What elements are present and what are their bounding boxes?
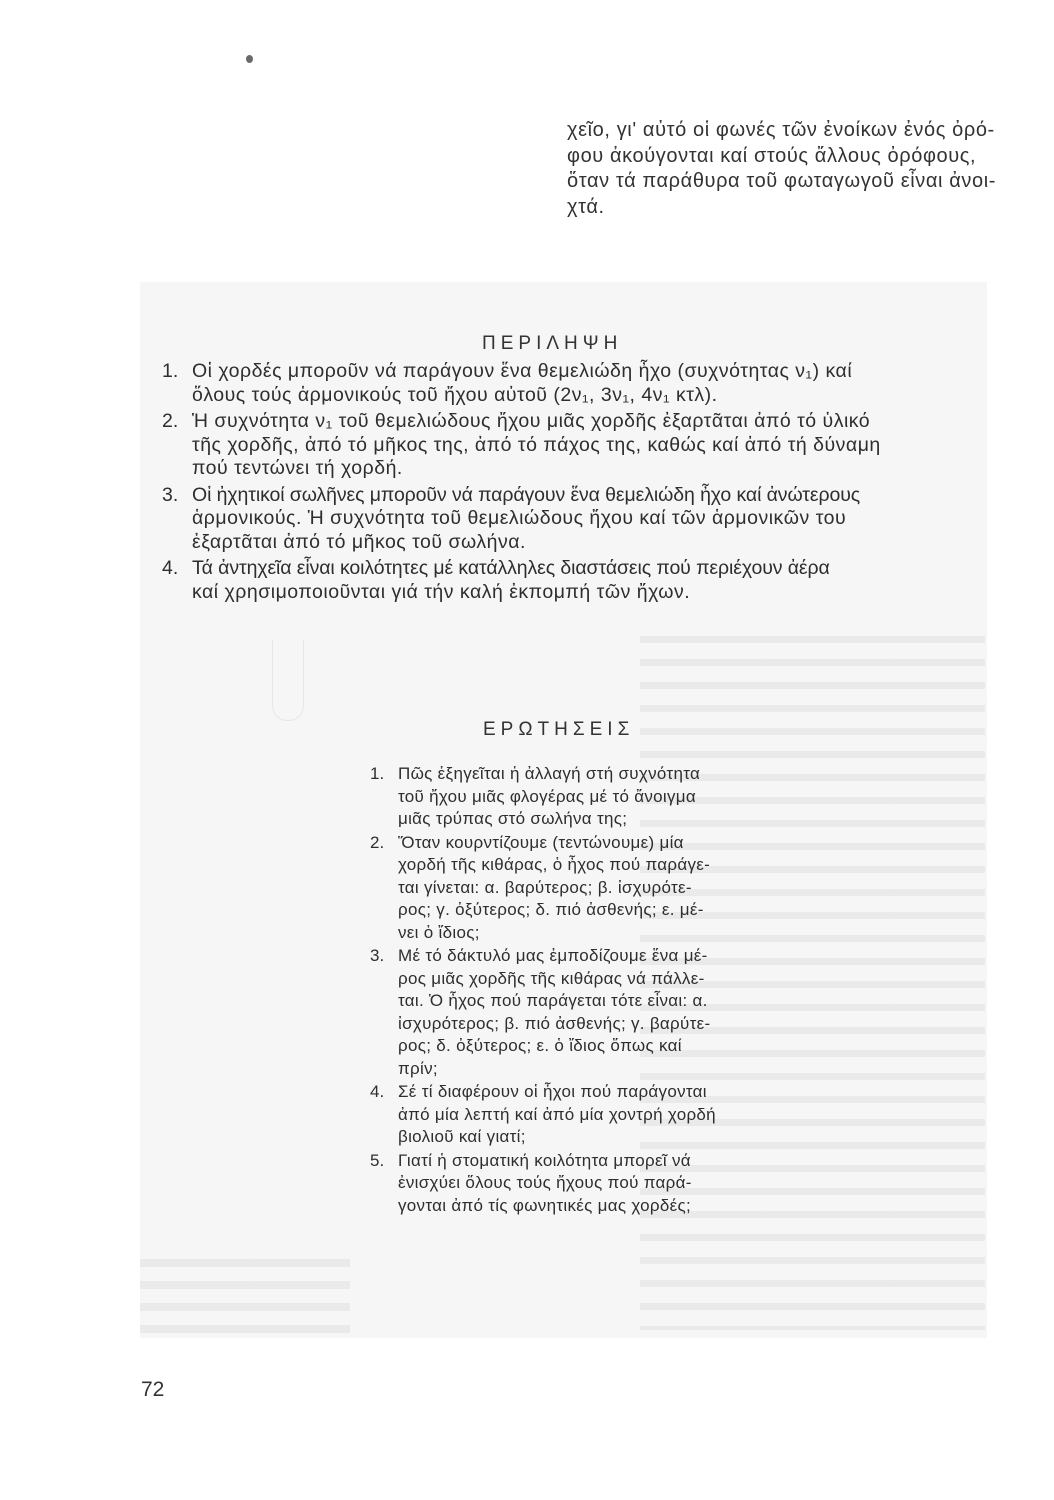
item-line: πού τεντώνει τή χορδή. [192, 457, 980, 481]
question-line: τοῦ ἤχου μιᾶς φλογέρας μέ τό ἄνοιγμα [398, 786, 800, 809]
question-line: Πῶς ἐξηγεῖται ἡ ἀλλαγή στή συχνότητα [398, 763, 800, 786]
question-line: Ὅταν κουρντίζουμε (τεντώνουμε) μία [398, 832, 800, 855]
questions-list: 1. Πῶς ἐξηγεῖται ἡ ἀλλαγή στή συχνότητα … [370, 763, 800, 1218]
question-line: ρος μιᾶς χορδῆς τῆς κιθάρας νά πάλλε- [398, 968, 800, 991]
question-line: πρίν; [398, 1058, 800, 1081]
question-number: 2. [370, 832, 384, 855]
question-line: ἀπό μία λεπτή καί ἀπό μία χοντρή χορδή [398, 1104, 800, 1127]
intro-paragraph: χεῖο, γι' αὐτό οἱ φωνές τῶν ἐνοίκων ἐνός… [567, 118, 987, 220]
intro-line: φου ἀκούγονται καί στούς ἄλλους ὀρόφους, [567, 144, 987, 170]
item-line: ἐξαρτᾶται ἀπό τό μῆκος τοῦ σωλήνα. [192, 531, 980, 555]
summary-item: 1. Οἱ χορδές μποροῦν νά παράγουν ἕνα θεμ… [162, 360, 980, 407]
item-number: 3. [162, 484, 178, 508]
intro-line: ὅταν τά παράθυρα τοῦ φωταγωγοῦ εἶναι ἀνο… [567, 169, 987, 195]
intro-line: χτά. [567, 195, 987, 221]
item-line: τῆς χορδῆς, ἀπό τό μῆκος της, ἀπό τό πάχ… [192, 434, 980, 458]
question-line: ἐνισχύει ὅλους τούς ἤχους πού παρά- [398, 1172, 800, 1195]
show-through-figure [272, 640, 304, 721]
show-through-caption [140, 1245, 350, 1335]
item-line: ὅλους τούς ἁρμονικούς τοῦ ἤχου αὐτοῦ (2ν… [192, 384, 980, 408]
question-item: 4. Σέ τί διαφέρουν οἱ ἦχοι πού παράγοντα… [370, 1081, 800, 1149]
question-line: νει ὁ ἴδιος; [398, 922, 800, 945]
scan-speck [246, 55, 253, 63]
item-number: 4. [162, 557, 178, 581]
question-number: 3. [370, 945, 384, 968]
item-line: καί χρησιμοποιοῦνται γιά τήν καλή ἐκπομπ… [192, 581, 980, 605]
question-line: Μέ τό δάκτυλό μας ἐμποδίζουμε ἕνα μέ- [398, 945, 800, 968]
question-line: ρος; γ. ὀξύτερος; δ. πιό ἀσθενής; ε. μέ- [398, 899, 800, 922]
item-line: Ἡ συχνότητα ν₁ τοῦ θεμελιώδους ἤχου μιᾶς… [192, 410, 980, 434]
questions-heading: ΕΡΩΤΗΣΕΙΣ [483, 719, 634, 741]
question-line: ἰσχυρότερος; β. πιό ἀσθενής; γ. βαρύτε- [398, 1013, 800, 1036]
item-line: Τά ἀντηχεῖα εἶναι κοιλότητες μέ κατάλληλ… [192, 557, 980, 581]
question-item: 2. Ὅταν κουρντίζουμε (τεντώνουμε) μία χο… [370, 832, 800, 945]
summary-item: 3. Οἱ ἠχητικοί σωλῆνες μποροῦν νά παράγο… [162, 484, 980, 555]
item-number: 2. [162, 410, 178, 434]
question-item: 5. Γιατί ἡ στοματική κοιλότητα μπορεῖ νά… [370, 1150, 800, 1218]
item-line: ἁρμονικούς. Ἡ συχνότητα τοῦ θεμελιώδους … [192, 507, 980, 531]
question-number: 1. [370, 763, 384, 786]
summary-item: 4. Τά ἀντηχεῖα εἶναι κοιλότητες μέ κατάλ… [162, 557, 980, 604]
question-line: ρος; δ. ὀξύτερος; ε. ὁ ἴδιος ὅπως καί [398, 1035, 800, 1058]
question-line: Γιατί ἡ στοματική κοιλότητα μπορεῖ νά [398, 1150, 800, 1173]
page-number: 72 [141, 1378, 164, 1402]
question-line: γονται ἀπό τίς φωνητικές μας χορδές; [398, 1195, 800, 1218]
question-line: ται. Ὁ ἦχος πού παράγεται τότε εἶναι: α. [398, 990, 800, 1013]
item-number: 1. [162, 360, 178, 384]
summary-heading: ΠΕΡΙΛΗΨΗ [482, 333, 622, 355]
summary-list: 1. Οἱ χορδές μποροῦν νά παράγουν ἕνα θεμ… [162, 360, 980, 607]
question-number: 4. [370, 1081, 384, 1104]
item-line: Οἱ ἠχητικοί σωλῆνες μποροῦν νά παράγουν … [192, 484, 980, 508]
question-item: 1. Πῶς ἐξηγεῖται ἡ ἀλλαγή στή συχνότητα … [370, 763, 800, 831]
item-line: Οἱ χορδές μποροῦν νά παράγουν ἕνα θεμελι… [192, 360, 980, 384]
question-line: μιᾶς τρύπας στό σωλήνα της; [398, 808, 800, 831]
intro-line: χεῖο, γι' αὐτό οἱ φωνές τῶν ἐνοίκων ἐνός… [567, 118, 987, 144]
question-line: χορδή τῆς κιθάρας, ὁ ἦχος πού παράγε- [398, 854, 800, 877]
question-item: 3. Μέ τό δάκτυλό μας ἐμποδίζουμε ἕνα μέ-… [370, 945, 800, 1080]
question-line: ται γίνεται: α. βαρύτερος; β. ἰσχυρότε- [398, 877, 800, 900]
question-number: 5. [370, 1150, 384, 1173]
question-line: βιολιοῦ καί γιατί; [398, 1126, 800, 1149]
question-line: Σέ τί διαφέρουν οἱ ἦχοι πού παράγονται [398, 1081, 800, 1104]
summary-item: 2. Ἡ συχνότητα ν₁ τοῦ θεμελιώδους ἤχου μ… [162, 410, 980, 481]
